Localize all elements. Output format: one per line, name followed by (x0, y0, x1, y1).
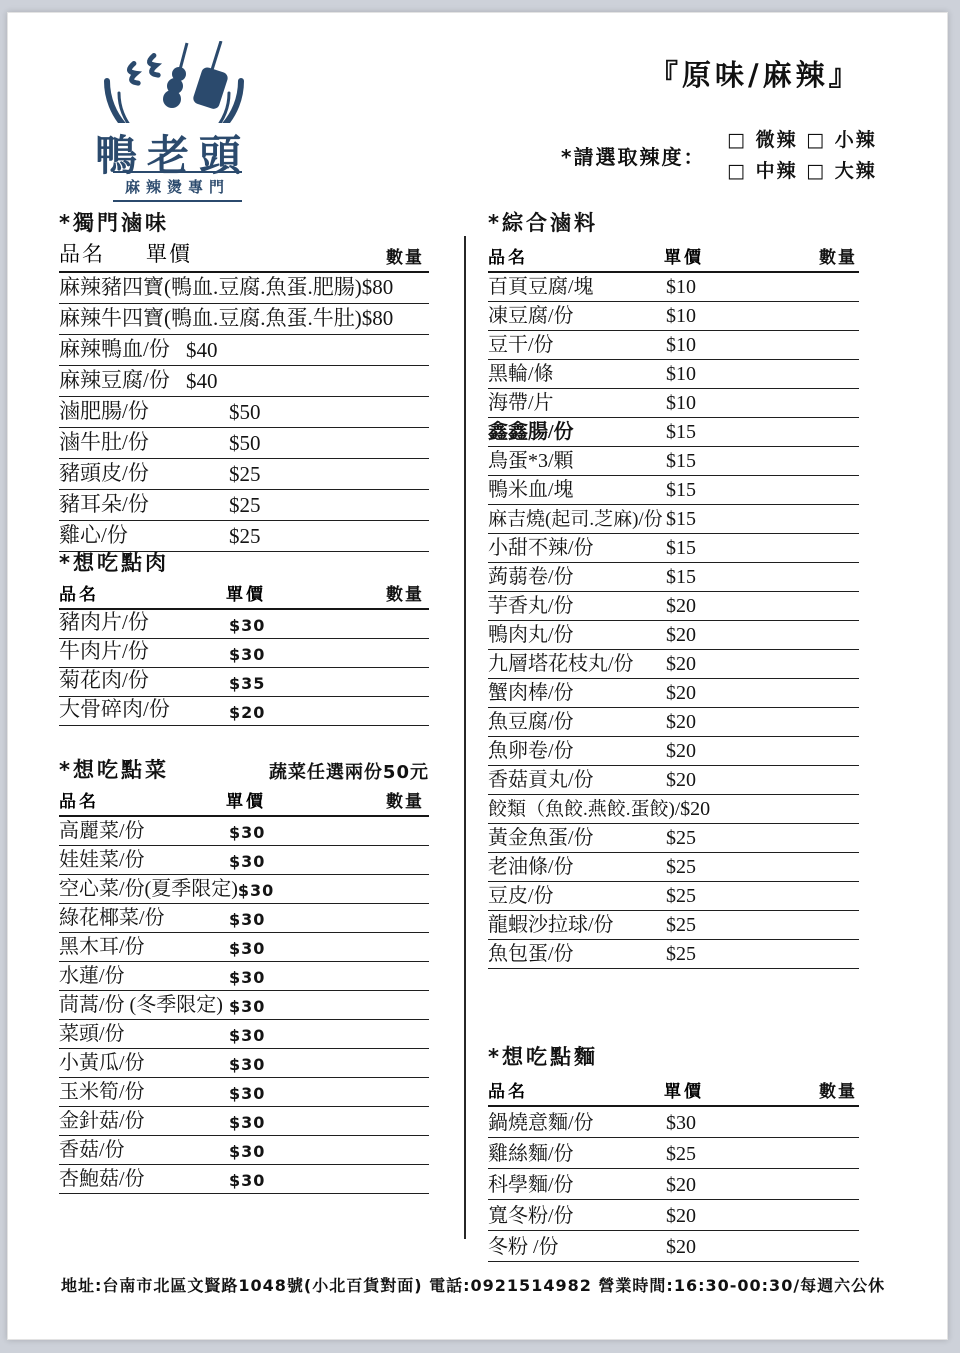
item-price: $10 (666, 363, 696, 386)
section-title: *想吃點肉 (59, 547, 429, 577)
item-name: 豬頭皮/份 (59, 457, 229, 487)
spice-options-row-1: □ 微辣 □ 小辣 (727, 125, 877, 156)
menu-row: 綠花椰菜/份$30 (59, 904, 429, 933)
menu-row: 黑輪/條$10 (488, 360, 859, 389)
header-qty: 數量 (386, 787, 424, 812)
menu-row: 茼蒿/份 (冬季限定)$30 (59, 991, 429, 1020)
table-header: 品名 單價 數量 (59, 243, 429, 273)
item-price: $10 (666, 334, 696, 357)
menu-row: 麻辣豬四寶(鴨血.豆腐.魚蛋.肥腸)$80 (59, 273, 429, 304)
item-name: 空心菜/份(夏季限定) (59, 872, 238, 901)
item-name: 鑫鑫腸/份 (488, 415, 666, 444)
item-name: 高麗菜/份 (59, 814, 229, 843)
item-name: 大骨碎肉/份 (59, 693, 229, 723)
item-name: 豆皮/份 (488, 879, 666, 908)
item-name: 鳥蛋*3/顆 (488, 444, 666, 473)
item-price: $15 (666, 537, 696, 560)
item-price: $30 (229, 1113, 265, 1133)
menu-row: 寬冬粉/份$20 (488, 1200, 859, 1231)
section-rows: 鍋燒意麵/份$30雞絲麵/份$25科學麵/份$20寬冬粉/份$20冬粉 /份$2… (488, 1107, 859, 1262)
item-name: 金針菇/份 (59, 1104, 229, 1133)
header-qty: 數量 (386, 580, 424, 605)
item-price: $30 (229, 823, 265, 843)
menu-row: 鍋燒意麵/份$30 (488, 1107, 859, 1138)
item-price: $15 (666, 508, 696, 531)
table-header: 品名 單價 數量 (488, 1077, 859, 1107)
skewer-bowl-icon (99, 41, 249, 128)
header-price: 單價 (226, 580, 266, 605)
veg-combo-note: 蔬菜任選兩份50元 (269, 758, 429, 784)
table-header: 品名 單價 數量 (488, 243, 859, 273)
item-price: $30 (229, 645, 265, 665)
item-name: 麻吉燒(起司.芝麻)/份 (488, 504, 666, 531)
item-name: 雞絲麵/份 (488, 1137, 666, 1166)
menu-row: 鴨米血/塊$15 (488, 476, 859, 505)
item-price: $30 (229, 997, 265, 1017)
menu-row: 高麗菜/份$30 (59, 817, 429, 846)
item-name: 綠花椰菜/份 (59, 901, 229, 930)
item-name: 豬耳朵/份 (59, 488, 229, 518)
item-price: $30 (229, 1026, 265, 1046)
menu-row: 科學麵/份$20 (488, 1169, 859, 1200)
item-name: 蒟蒻卷/份 (488, 560, 666, 589)
item-price: $15 (666, 566, 696, 589)
item-name: 豬肉片/份 (59, 606, 229, 636)
item-price: $20 (666, 682, 696, 705)
item-price: $20 (666, 740, 696, 763)
item-price: $30 (229, 1171, 265, 1191)
item-price: $25 (666, 885, 696, 908)
menu-row: 娃娃菜/份$30 (59, 846, 429, 875)
menu-row: 百頁豆腐/塊$10 (488, 273, 859, 302)
section-signature-braised: *獨門滷味 品名 單價 數量 麻辣豬四寶(鴨血.豆腐.魚蛋.肥腸)$80麻辣牛四… (59, 207, 429, 552)
menu-row: 海帶/片$10 (488, 389, 859, 418)
item-name: 鴨肉丸/份 (488, 618, 666, 647)
item-name: 凍豆腐/份 (488, 299, 666, 328)
item-name: 菜頭/份 (59, 1017, 229, 1046)
menu-row: 雞絲麵/份$25 (488, 1138, 859, 1169)
restaurant-tagline: 麻辣燙專門 (113, 171, 242, 202)
menu-row: 杏鮑菇/份$30 (59, 1165, 429, 1194)
item-price: $40 (186, 369, 218, 394)
item-name: 蟹肉棒/份 (488, 676, 666, 705)
item-name: 玉米筍/份 (59, 1075, 229, 1104)
item-name: 香菇/份 (59, 1133, 229, 1162)
header-price: 單價 (664, 243, 704, 268)
menu-row: 小甜不辣/份$15 (488, 534, 859, 563)
item-price: $20 (666, 595, 696, 618)
item-name: 魚包蛋/份 (488, 937, 666, 966)
item-name: 老油條/份 (488, 850, 666, 879)
item-name: 麻辣牛四寶(鴨血.豆腐.魚蛋.牛肚)$80 (59, 302, 393, 332)
item-price: $20 (666, 1236, 696, 1259)
item-price: $40 (186, 338, 218, 363)
item-price: $25 (666, 856, 696, 879)
menu-row: 豆皮/份$25 (488, 882, 859, 911)
item-name: 雞心/份 (59, 519, 229, 549)
menu-row: 餃類（魚餃.燕餃.蛋餃)/$20 (488, 795, 859, 824)
menu-row: 豬耳朵/份$25 (59, 490, 429, 521)
item-name: 冬粉 /份 (488, 1230, 666, 1259)
item-price: $30 (229, 910, 265, 930)
menu-row: 蒟蒻卷/份$15 (488, 563, 859, 592)
item-name: 海帶/片 (488, 386, 666, 415)
menu-row: 黑木耳/份$30 (59, 933, 429, 962)
item-price: $20 (666, 653, 696, 676)
item-name: 茼蒿/份 (冬季限定) (59, 988, 229, 1017)
item-price: $30 (229, 852, 265, 872)
item-price: $15 (666, 421, 696, 444)
item-name: 九層塔花枝丸/份 (488, 647, 666, 676)
item-price: $30 (238, 881, 274, 901)
item-price: $35 (229, 674, 265, 694)
item-price: $30 (229, 1055, 265, 1075)
menu-row: 豬頭皮/份$25 (59, 459, 429, 490)
item-name: 麻辣豆腐/份 (59, 364, 186, 394)
item-price: $30 (666, 1112, 696, 1135)
menu-row: 空心菜/份(夏季限定)$30 (59, 875, 429, 904)
section-rows: 豬肉片/份$30牛肉片/份$30菊花肉/份$35大骨碎肉/份$20 (59, 610, 429, 726)
menu-row: 麻辣牛四寶(鴨血.豆腐.魚蛋.牛肚)$80 (59, 304, 429, 335)
item-name: 黃金魚蛋/份 (488, 821, 666, 850)
item-price: $20 (666, 769, 696, 792)
item-price: $25 (229, 524, 261, 549)
menu-row: 鑫鑫腸/份$15 (488, 418, 859, 447)
header-name: 品名 (59, 238, 105, 268)
item-name: 科學麵/份 (488, 1168, 666, 1197)
header-price: 單價 (226, 787, 266, 812)
menu-row: 老油條/份$25 (488, 853, 859, 882)
header-price: 單價 (664, 1077, 704, 1102)
table-header: 品名 單價 數量 (59, 789, 429, 817)
item-name: 魚卵卷/份 (488, 734, 666, 763)
item-price: $10 (666, 276, 696, 299)
item-name: 香菇貢丸/份 (488, 763, 666, 792)
header-qty: 數量 (386, 243, 424, 268)
item-name: 牛肉片/份 (59, 635, 229, 665)
item-price: $25 (666, 914, 696, 937)
item-price: $30 (229, 939, 265, 959)
item-price: $25 (666, 827, 696, 850)
menu-row: 滷牛肚/份$50 (59, 428, 429, 459)
menu-page: 鴨老頭 麻辣燙專門 『原味/麻辣』 *請選取辣度： □ 微辣 □ 小辣 □ 中辣… (7, 12, 948, 1340)
menu-row: 魚豆腐/份$20 (488, 708, 859, 737)
item-name: 鴨米血/塊 (488, 473, 666, 502)
menu-row: 魚卵卷/份$20 (488, 737, 859, 766)
menu-row: 麻吉燒(起司.芝麻)/份$15 (488, 505, 859, 534)
header-qty: 數量 (819, 243, 857, 268)
menu-row: 香菇/份$30 (59, 1136, 429, 1165)
header-name: 品名 (488, 1077, 528, 1102)
item-name: 麻辣鴨血/份 (59, 333, 186, 363)
menu-row: 玉米筍/份$30 (59, 1078, 429, 1107)
item-price: $25 (229, 493, 261, 518)
section-noodles: *想吃點麵 品名 單價 數量 鍋燒意麵/份$30雞絲麵/份$25科學麵/份$20… (488, 1041, 859, 1262)
menu-row: 香菇貢丸/份$20 (488, 766, 859, 795)
menu-row: 冬粉 /份$20 (488, 1231, 859, 1262)
menu-row: 菜頭/份$30 (59, 1020, 429, 1049)
item-price: $20 (666, 624, 696, 647)
item-price: $20 (680, 798, 710, 821)
item-price: $20 (666, 1205, 696, 1228)
section-title: *綜合滷料 (488, 207, 859, 237)
item-price: $20 (229, 703, 265, 723)
menu-row: 水蓮/份$30 (59, 962, 429, 991)
item-price: $30 (229, 1084, 265, 1104)
menu-row: 龍蝦沙拉球/份$25 (488, 911, 859, 940)
menu-row: 魚包蛋/份$25 (488, 940, 859, 969)
item-name: 麻辣豬四寶(鴨血.豆腐.魚蛋.肥腸)$80 (59, 271, 393, 301)
header-price: 單價 (146, 238, 192, 268)
menu-row: 凍豆腐/份$10 (488, 302, 859, 331)
item-price: $30 (229, 968, 265, 988)
item-name: 娃娃菜/份 (59, 843, 229, 872)
item-price: $20 (666, 1174, 696, 1197)
spice-level-options: □ 微辣 □ 小辣 □ 中辣 □ 大辣 (727, 125, 877, 187)
section-rows: 百頁豆腐/塊$10凍豆腐/份$10豆干/份$10黑輪/條$10海帶/片$10鑫鑫… (488, 273, 859, 969)
section-title: *獨門滷味 (59, 207, 429, 237)
menu-row: 九層塔花枝丸/份$20 (488, 650, 859, 679)
item-price: $15 (666, 450, 696, 473)
item-price: $10 (666, 305, 696, 328)
item-name: 龍蝦沙拉球/份 (488, 908, 666, 937)
section-vegetables: *想吃點菜 蔬菜任選兩份50元 品名 單價 數量 高麗菜/份$30娃娃菜/份$3… (59, 754, 429, 1194)
item-price: $20 (666, 711, 696, 734)
item-name: 杏鮑菇/份 (59, 1162, 229, 1191)
item-price: $25 (666, 943, 696, 966)
header-name: 品名 (59, 787, 99, 812)
item-price: $30 (229, 616, 265, 636)
item-name: 水蓮/份 (59, 959, 229, 988)
menu-row: 蟹肉棒/份$20 (488, 679, 859, 708)
contact-info: 地址:台南市北區文賢路1048號(小北百貨對面) 電話:0921514982 營… (61, 1273, 885, 1296)
item-price: $25 (229, 462, 261, 487)
header-qty: 數量 (819, 1077, 857, 1102)
item-name: 黑木耳/份 (59, 930, 229, 959)
menu-row: 大骨碎肉/份$20 (59, 697, 429, 726)
menu-row: 豆干/份$10 (488, 331, 859, 360)
section-title: *想吃點菜 (59, 754, 169, 784)
header-name: 品名 (488, 243, 528, 268)
menu-row: 芋香丸/份$20 (488, 592, 859, 621)
header-name: 品名 (59, 580, 99, 605)
item-name: 魚豆腐/份 (488, 705, 666, 734)
item-name: 小甜不辣/份 (488, 531, 666, 560)
item-name: 滷肥腸/份 (59, 395, 229, 425)
item-name: 餃類（魚餃.燕餃.蛋餃)/ (488, 794, 680, 821)
section-title: *想吃點麵 (488, 1041, 859, 1071)
spice-options-row-2: □ 中辣 □ 大辣 (727, 156, 877, 187)
section-rows: 高麗菜/份$30娃娃菜/份$30空心菜/份(夏季限定)$30綠花椰菜/份$30黑… (59, 817, 429, 1194)
item-price: $10 (666, 392, 696, 415)
section-rows: 麻辣豬四寶(鴨血.豆腐.魚蛋.肥腸)$80麻辣牛四寶(鴨血.豆腐.魚蛋.牛肚)$… (59, 273, 429, 552)
menu-row: 金針菇/份$30 (59, 1107, 429, 1136)
item-name: 黑輪/條 (488, 357, 666, 386)
item-name: 菊花肉/份 (59, 664, 229, 694)
item-name: 豆干/份 (488, 328, 666, 357)
menu-row: 麻辣鴨血/份$40 (59, 335, 429, 366)
item-name: 滷牛肚/份 (59, 426, 229, 456)
menu-row: 黃金魚蛋/份$25 (488, 824, 859, 853)
menu-row: 小黃瓜/份$30 (59, 1049, 429, 1078)
item-name: 鍋燒意麵/份 (488, 1106, 666, 1135)
flavor-note: 『原味/麻辣』 (649, 53, 862, 94)
item-name: 小黃瓜/份 (59, 1046, 229, 1075)
menu-row: 滷肥腸/份$50 (59, 397, 429, 428)
menu-row: 鴨肉丸/份$20 (488, 621, 859, 650)
item-name: 芋香丸/份 (488, 589, 666, 618)
section-meat: *想吃點肉 品名 單價 數量 豬肉片/份$30牛肉片/份$30菊花肉/份$35大… (59, 547, 429, 726)
section-assorted-braised: *綜合滷料 品名 單價 數量 百頁豆腐/塊$10凍豆腐/份$10豆干/份$10黑… (488, 207, 859, 969)
column-divider (464, 236, 466, 1239)
item-price: $15 (666, 479, 696, 502)
item-price: $30 (229, 1142, 265, 1162)
item-name: 百頁豆腐/塊 (488, 270, 666, 299)
item-price: $50 (229, 431, 261, 456)
item-name: 寬冬粉/份 (488, 1199, 666, 1228)
spice-level-label: *請選取辣度： (561, 141, 705, 170)
menu-row: 麻辣豆腐/份$40 (59, 366, 429, 397)
item-price: $25 (666, 1143, 696, 1166)
item-price: $50 (229, 400, 261, 425)
menu-row: 鳥蛋*3/顆$15 (488, 447, 859, 476)
